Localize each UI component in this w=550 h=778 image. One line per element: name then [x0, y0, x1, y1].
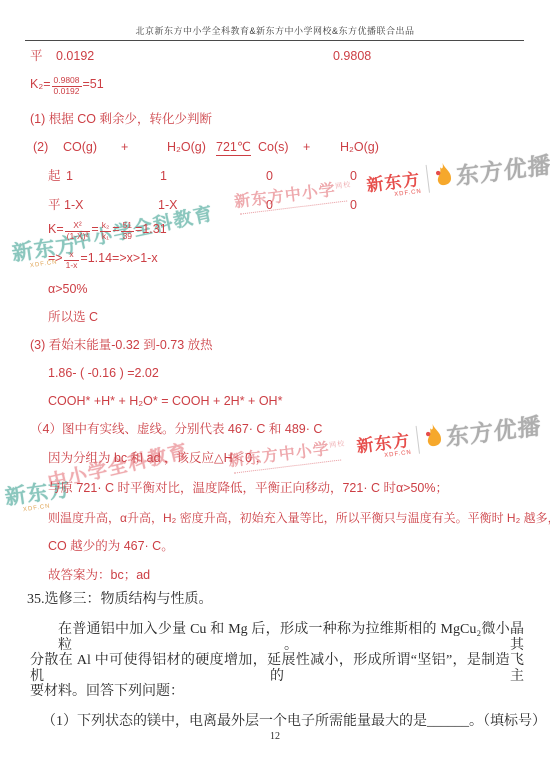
row-label: 平 — [48, 197, 61, 213]
value-h2o: 0.9808 — [333, 48, 371, 64]
alpha-line: α>50% — [48, 281, 88, 297]
answer-line-1: (1) 根据 CO 剩余少，转化少判断 — [30, 111, 212, 127]
reason-line-4: CO 越少的为 467· C。 — [48, 538, 174, 554]
reason-line-1: 因为分组为 bc 和 ad ，该反应△H＜0 ， — [48, 450, 268, 466]
fraction: x1-x — [64, 250, 80, 271]
product-1: Co(s) — [258, 139, 289, 155]
cell: 1 — [66, 168, 73, 184]
reactant-1: CO(g) — [63, 139, 97, 155]
plus-sign: + — [303, 139, 310, 155]
row-label: 平 — [30, 48, 43, 64]
reactant-2: H₂O(g) — [167, 139, 206, 155]
header-divider — [25, 40, 524, 41]
fraction: 0.98080.0192 — [52, 76, 82, 97]
logo-divider — [416, 425, 420, 453]
cell: 0 — [350, 168, 357, 184]
xdf-domain-text: XDF.CN — [384, 449, 412, 458]
reaction-condition: 721℃ — [216, 139, 251, 156]
cell: 0 — [350, 197, 357, 213]
cell: 1 — [160, 168, 167, 184]
question-35-paragraph-line: 要材料。回答下列问题： — [30, 684, 184, 700]
question-35-sub1: （1）下列状态的镁中，电离最外层一个电子所需能量最大的是______。（填标号） — [42, 714, 546, 730]
choice-line: 所以选 C — [48, 309, 98, 325]
final-answer-line: 故答案为：bc；ad — [48, 567, 150, 583]
page-number: 12 — [0, 731, 550, 742]
cell: 0 — [266, 168, 273, 184]
fraction: 5139 — [121, 221, 134, 242]
xdf-logo-block: 新东方 XDF.CN — [355, 425, 412, 461]
fraction: X²(1-X)² — [65, 221, 91, 242]
page-header: 北京新东方中小学全科教育&新东方中小学网校&东方优播联合出品 — [0, 24, 550, 37]
youbo-logo-text: 东方优播 — [446, 408, 542, 453]
product-2: H₂O(g) — [340, 139, 379, 155]
k2-label: K₂= — [30, 77, 51, 91]
calc-line: 1.86- ( -0.16 ) =2.02 — [48, 365, 159, 381]
flame-icon — [421, 422, 444, 452]
row-label: 起 — [48, 168, 61, 184]
k2-result: =51 — [83, 77, 104, 91]
k-expression-line: K=X²(1-X)²=k₂k₁=5139=1.31 — [48, 221, 167, 242]
answer-line-4: （4）图中有实线、虚线。分别代表 467· C 和 489· C — [30, 421, 322, 437]
xdf-logo-text: 新东方 — [355, 425, 412, 456]
reaction-equation-row: (2) CO(g) + H₂O(g) 721℃ Co(s) + H₂O(g) — [0, 139, 550, 155]
answer-line-3: (3) 看始末能量-0.32 到-0.73 放热 — [30, 337, 213, 353]
xdf-youbo-logo-watermark: 新东方 XDF.CN 东方优播 — [355, 408, 544, 463]
question-35-paragraph-line: 在普通铝中加入少量 Cu 和 Mg 后，形成一种称为拉维斯相的 MgCu₂微小晶… — [30, 622, 524, 654]
question-35-title: 35.选修三：物质结构与性质。 — [27, 592, 213, 608]
implication-line: =>x1-x=1.14=>x>1-x — [48, 250, 158, 271]
reason-line-2: 与原 721· C 时平衡对比，温度降低，平衡正向移动，721· C 时α>50… — [48, 480, 448, 496]
k2-equation-line: K₂=0.98080.0192=51 — [30, 76, 104, 97]
equilibrium-amounts-row: 平 1-X 1-X 0 0 — [0, 197, 550, 213]
question-35-paragraph-line: 分散在 Al 中可使得铝材的硬度增加，延展性减小，形成所谓“坚铝”，是制造飞机的… — [30, 653, 524, 685]
document-page: 北京新东方中小学全科教育&新东方中小学网校&东方优播联合出品 新东方中小学网校 … — [0, 0, 550, 778]
xdf-school-sup: 网校 — [329, 441, 346, 450]
cell: 0 — [266, 197, 273, 213]
cell: 1-X — [158, 197, 177, 213]
plus-sign: + — [121, 139, 128, 155]
equilibrium-values-row: 平 0.0192 0.9808 — [0, 48, 550, 64]
reason-line-3: 则温度升高，α升高，H₂ 密度升高，初始充入量等比，所以平衡只与温度有关。平衡时… — [48, 510, 550, 526]
cooh-equation-line: COOH* +H* + H₂O* = COOH + 2H* + OH* — [48, 393, 282, 409]
value-co: 0.0192 — [56, 48, 94, 64]
initial-amounts-row: 起 1 1 0 0 — [0, 168, 550, 184]
fraction: k₂k₁ — [100, 221, 112, 242]
cell: 1-X — [64, 197, 83, 213]
item-number: (2) — [33, 139, 48, 155]
